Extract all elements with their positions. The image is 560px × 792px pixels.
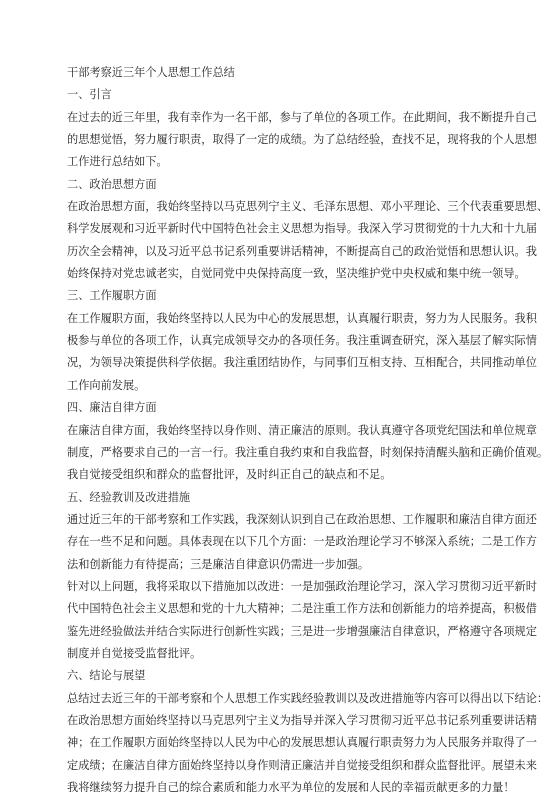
section-paragraph: 在工作履职方面，我始终坚持以人民为中心的发展思想，认真履行职责，努力为人民服务。… (67, 308, 497, 397)
text-line: 定成绩；在廉洁自律方面始终坚持以身作则清正廉洁并自觉接受组织和群众监督批评。展望… (67, 755, 497, 777)
section-paragraph: 在廉洁自律方面，我始终坚持以身作则、清正廉洁的原则。我认真遵守各项党纪国法和单位… (67, 420, 497, 487)
section-paragraph: 通过近三年的干部考察和工作实践，我深刻认识到自己在政治思想、工作履职和廉洁自律方… (67, 509, 497, 576)
text-line: 工作进行总结如下。 (67, 151, 497, 173)
text-line: 在过去的近三年里，我有幸作为一名干部，参与了单位的各项工作。在此期间，我不断提升… (67, 107, 497, 129)
section-heading-introduction: 一、引言 (67, 84, 497, 106)
text-line: 况，为领导决策提供科学依据。我注重团结协作，与同事们互相支持、互相配合，共同推动… (67, 352, 497, 374)
section-heading-work-duties: 三、工作履职方面 (67, 285, 497, 307)
text-line: 我将继续努力提升自己的综合素质和能力水平为单位的发展和人民的幸福贡献更多的力量！ (67, 777, 497, 792)
section-heading-conclusion: 六、结论与展望 (67, 665, 497, 687)
text-line: 鉴先进经验做法并结合实际进行创新性实践；三是进一步增强廉洁自律意识，严格遵守各项… (67, 621, 497, 643)
text-line: 法和创新能力有待提高；三是廉洁自律意识仍需进一步加强。 (67, 554, 497, 576)
text-line: 通过近三年的干部考察和工作实践，我深刻认识到自己在政治思想、工作履职和廉洁自律方… (67, 509, 497, 531)
section-paragraph: 针对以上问题，我将采取以下措施加以改进：一是加强政治理论学习，深入学习贯彻习近平… (67, 576, 497, 665)
text-line: 在政治思想方面始终坚持以马克思列宁主义为指导并深入学习贯彻习近平总书记系列重要讲… (67, 710, 497, 732)
section-heading-lessons-improvements: 五、经验教训及改进措施 (67, 487, 497, 509)
text-line: 在工作履职方面，我始终坚持以人民为中心的发展思想，认真履行职责，努力为人民服务。… (67, 308, 497, 330)
text-line: 始终保持对党忠诚老实，自觉同党中央保持高度一致，坚决维护党中央权威和集中统一领导… (67, 263, 497, 285)
section-paragraph: 在政治思想方面，我始终坚持以马克思列宁主义、毛泽东思想、邓小平理论、三个代表重要… (67, 196, 497, 285)
text-line: 的思想觉悟，努力履行职责，取得了一定的成绩。为了总结经验，查找不足，现将我的个人… (67, 129, 497, 151)
text-line: 神；在工作履职方面始终坚持以人民为中心的发展思想认真履行职责努力为人民服务并取得… (67, 732, 497, 754)
section-heading-political-thought: 二、政治思想方面 (67, 174, 497, 196)
text-line: 历次全会精神，以及习近平总书记系列重要讲话精神，不断提高自己的政治觉悟和思想认识… (67, 241, 497, 263)
text-line: 我自觉接受组织和群众的监督批评，及时纠正自己的缺点和不足。 (67, 464, 497, 486)
document-page: 干部考察近三年个人思想工作总结 一、引言 在过去的近三年里，我有幸作为一名干部，… (67, 62, 497, 792)
text-line: 总结过去近三年的干部考察和个人思想工作实践经验教训以及改进措施等内容可以得出以下… (67, 688, 497, 710)
text-line: 存在一些不足和问题。具体表现在以下几个方面：一是政治理论学习不够深入系统；二是工… (67, 531, 497, 553)
document-title: 干部考察近三年个人思想工作总结 (67, 62, 497, 84)
section-heading-integrity: 四、廉洁自律方面 (67, 397, 497, 419)
section-paragraph: 总结过去近三年的干部考察和个人思想工作实践经验教训以及改进措施等内容可以得出以下… (67, 688, 497, 792)
text-line: 科学发展观和习近平新时代中国特色社会主义思想为指导。我深入学习贯彻党的十九大和十… (67, 218, 497, 240)
text-line: 针对以上问题，我将采取以下措施加以改进：一是加强政治理论学习，深入学习贯彻习近平… (67, 576, 497, 598)
text-line: 在廉洁自律方面，我始终坚持以身作则、清正廉洁的原则。我认真遵守各项党纪国法和单位… (67, 420, 497, 442)
text-line: 在政治思想方面，我始终坚持以马克思列宁主义、毛泽东思想、邓小平理论、三个代表重要… (67, 196, 497, 218)
text-line: 代中国特色社会主义思想和党的十九大精神；二是注重工作方法和创新能力的培养提高，积… (67, 598, 497, 620)
text-line: 极参与单位的各项工作，认真完成领导交办的各项任务。我注重调查研究，深入基层了解实… (67, 330, 497, 352)
text-line: 制度并自觉接受监督批评。 (67, 643, 497, 665)
section-paragraph: 在过去的近三年里，我有幸作为一名干部，参与了单位的各项工作。在此期间，我不断提升… (67, 107, 497, 174)
text-line: 制度，严格要求自己的一言一行。我注重自我约束和自我监督，时刻保持清醒头脑和正确价… (67, 442, 497, 464)
text-line: 工作向前发展。 (67, 375, 497, 397)
